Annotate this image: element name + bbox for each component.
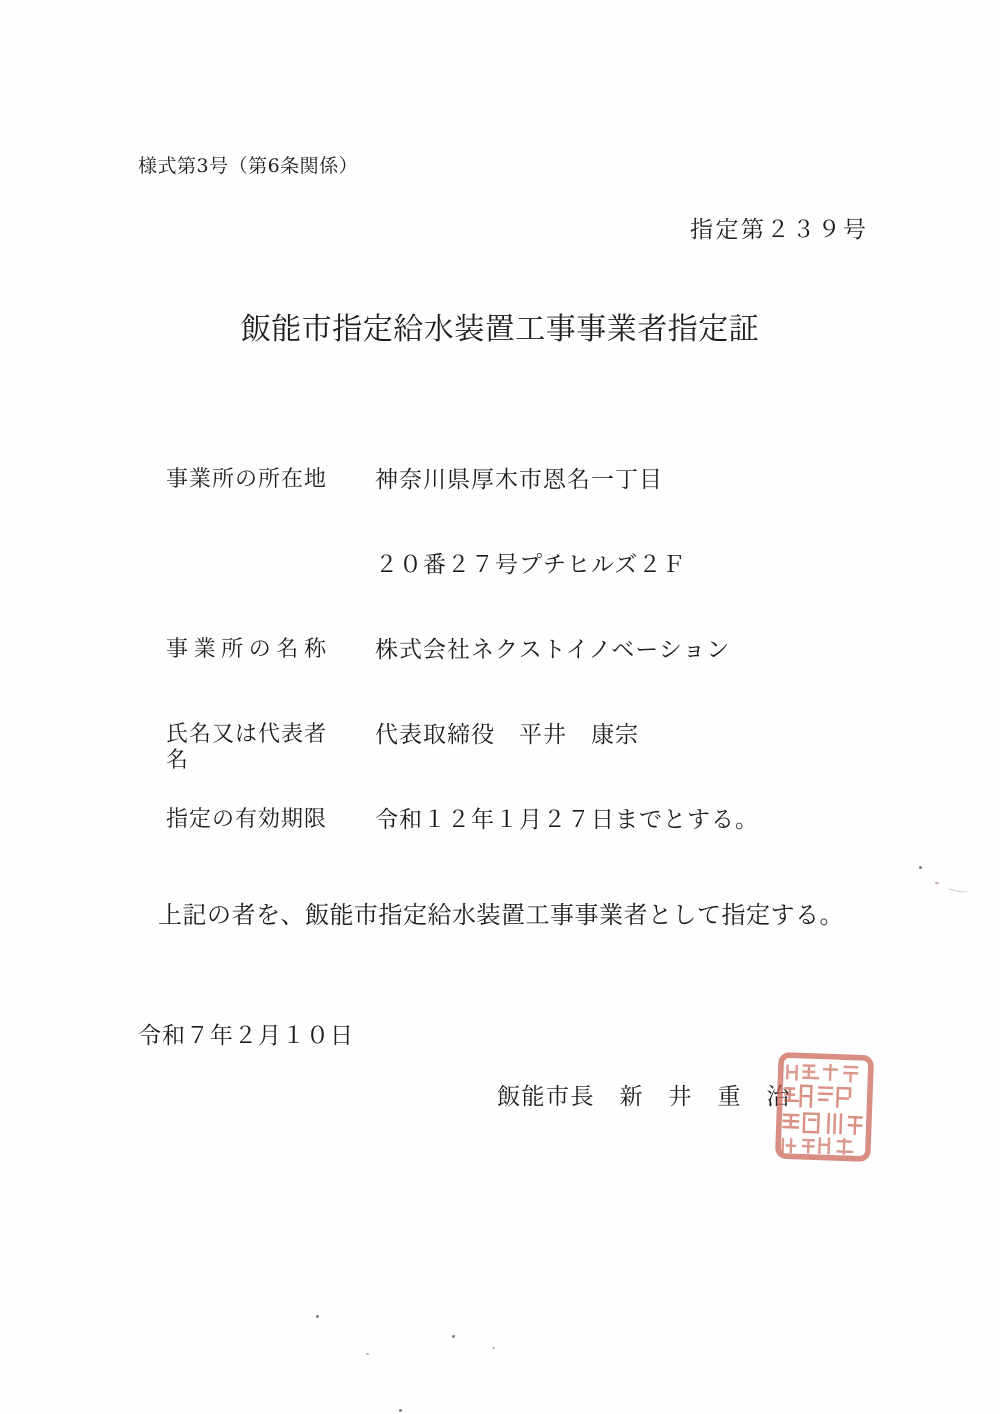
field-validity-period: 指定の有効期限令和１２年１月２７日までとする。 bbox=[138, 782, 759, 859]
scan-speck bbox=[316, 1315, 319, 1318]
certificate-title: 飯能市指定給水装置工事事業者指定証 bbox=[0, 313, 1000, 348]
field-office-address-line2: ２０番２７号プチヒルズ２Ｆ bbox=[138, 527, 686, 604]
field-value: 代表取締役 平井 康宗 bbox=[375, 722, 639, 748]
field-label: 指定の有効期限 bbox=[166, 807, 326, 832]
field-label: 氏名又は代表者名 bbox=[166, 722, 326, 773]
official-red-seal-icon bbox=[774, 1050, 875, 1163]
field-office-name: 事業所の名称株式会社ネクストイノベーション bbox=[138, 612, 730, 689]
scan-pen-mark bbox=[947, 881, 970, 894]
field-value: ２０番２７号プチヒルズ２Ｆ bbox=[375, 552, 686, 578]
field-label: 事業所の名称 bbox=[166, 637, 326, 662]
scan-speck bbox=[492, 1347, 495, 1349]
certificate-page: 様式第3号（第6条関係） 指定第２３９号 飯能市指定給水装置工事事業者指定証 事… bbox=[0, 0, 1000, 1414]
field-label: 事業所の所在地 bbox=[166, 467, 326, 492]
issuer-mayor-name: 飯能市長 新 井 重 治 bbox=[497, 1084, 791, 1110]
form-number: 様式第3号（第6条関係） bbox=[138, 156, 358, 178]
scan-speck bbox=[935, 882, 939, 884]
field-office-address: 事業所の所在地神奈川県厚木市恩名一丁目 bbox=[138, 442, 663, 519]
scan-speck bbox=[452, 1335, 455, 1338]
designation-statement: 上記の者を、飯能市指定給水装置工事事業者として指定する。 bbox=[158, 902, 844, 930]
field-value: 神奈川県厚木市恩名一丁目 bbox=[375, 467, 663, 493]
designation-number: 指定第２３９号 bbox=[690, 217, 869, 243]
scan-speck bbox=[366, 1353, 369, 1355]
field-value: 株式会社ネクストイノベーション bbox=[375, 637, 730, 663]
issue-date: 令和７年２月１０日 bbox=[138, 1023, 354, 1049]
scan-speck bbox=[399, 1409, 402, 1412]
scan-speck bbox=[919, 866, 922, 869]
field-value: 令和１２年１月２７日までとする。 bbox=[375, 807, 759, 833]
